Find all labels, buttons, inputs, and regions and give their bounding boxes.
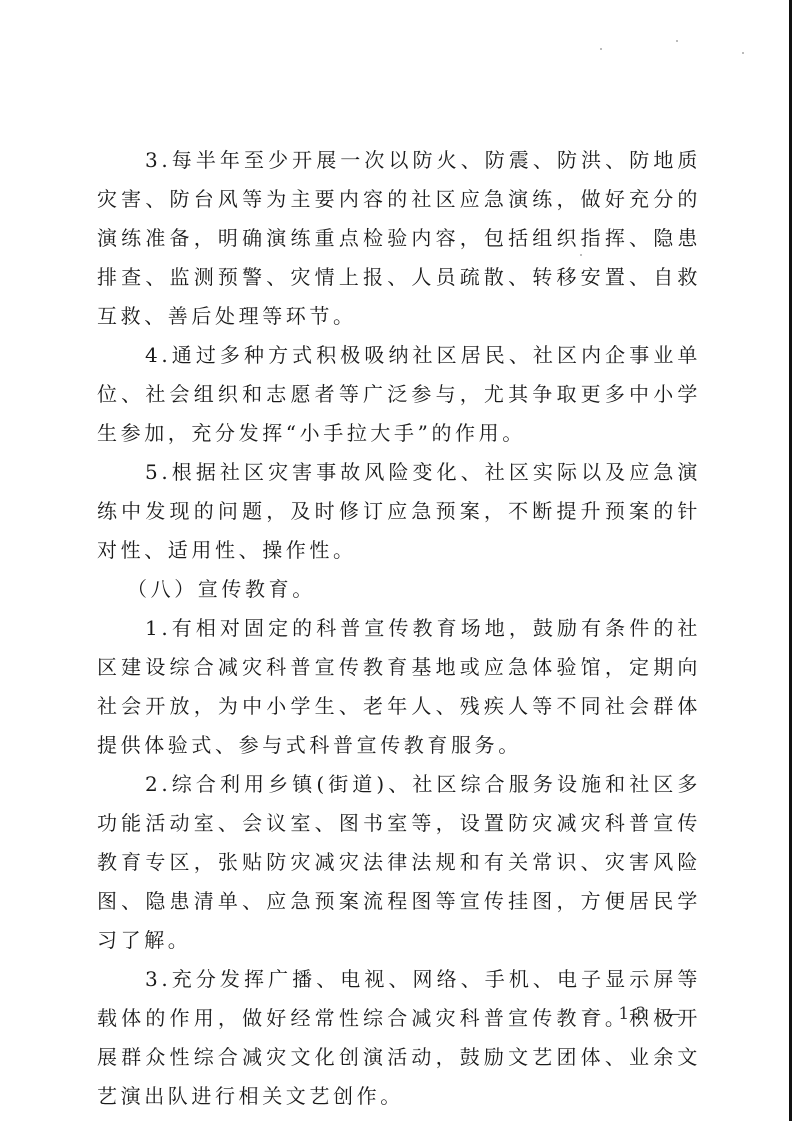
scan-speck: [676, 40, 678, 42]
paragraph-plan-revision: 5.根据社区灾害事故风险变化、社区实际以及应急演练中发现的问题，及时修订应急预案…: [97, 453, 701, 570]
scan-speck: [742, 52, 744, 54]
section-heading-publicity-education: （八）宣传教育。: [97, 570, 701, 609]
paragraph-education-venue: 1.有相对固定的科普宣传教育场地，鼓励有条件的社区建设综合减灾科普宣传教育基地或…: [97, 609, 701, 765]
paragraph-facility-use: 2.综合利用乡镇(街道)、社区综合服务设施和社区多功能活动室、会议室、图书室等，…: [97, 765, 701, 960]
document-body: 3.每半年至少开展一次以防火、防震、防洪、防地质灾害、防台风等为主要内容的社区应…: [97, 141, 701, 1116]
paragraph-drill-frequency: 3.每半年至少开展一次以防火、防震、防洪、防地质灾害、防台风等为主要内容的社区应…: [97, 141, 701, 336]
page-number: — 13 —: [584, 1004, 686, 1024]
scan-speck: [600, 48, 602, 50]
document-page: 3.每半年至少开展一次以防火、防震、防洪、防地质灾害、防台风等为主要内容的社区应…: [0, 0, 793, 1121]
paragraph-media-channels: 3.充分发挥广播、电视、网络、手机、电子显示屏等载体的作用，做好经常性综合减灾科…: [97, 960, 701, 1116]
paragraph-participation: 4.通过多种方式积极吸纳社区居民、社区内企事业单位、社会组织和志愿者等广泛参与，…: [97, 336, 701, 453]
scan-edge-shadow: [789, 0, 792, 1121]
